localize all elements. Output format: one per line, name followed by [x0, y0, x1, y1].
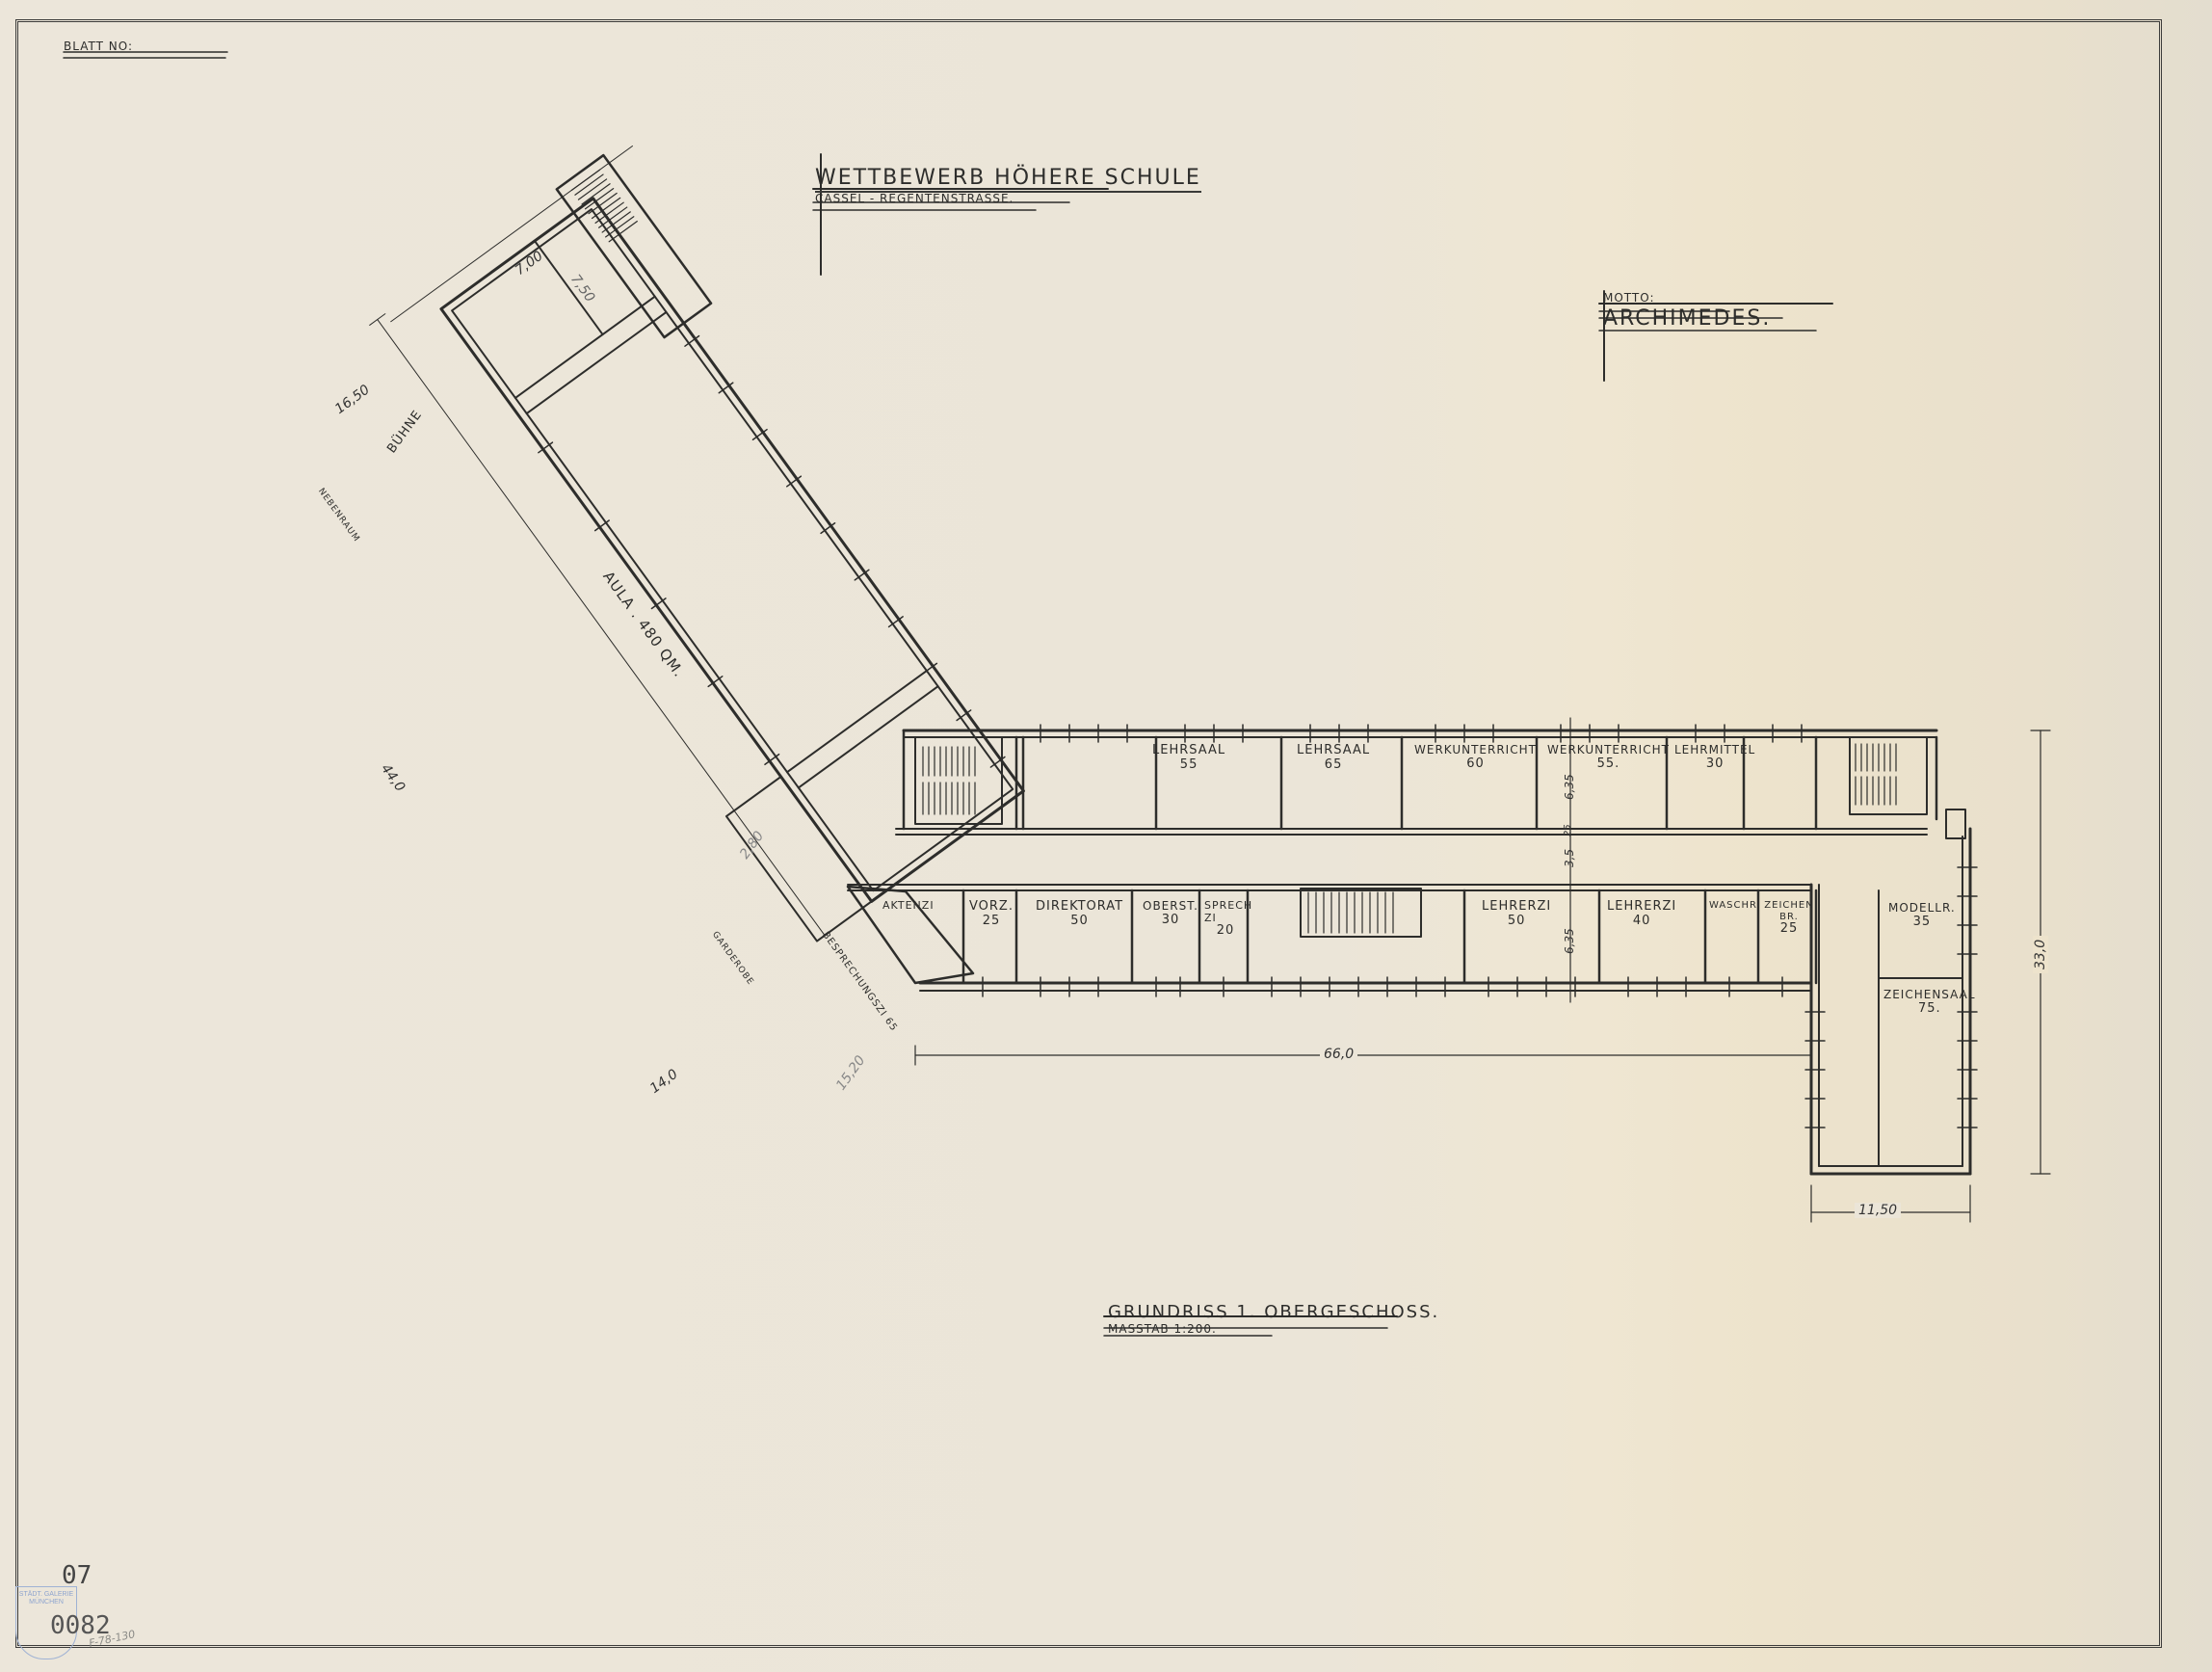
dim-wall-thickness: 25 — [1563, 824, 1573, 836]
room-aktenzimmer: AKTENZI — [882, 900, 935, 913]
room-lehrmittel: LEHRMITTEL30 — [1674, 744, 1755, 772]
dim-room-depth-south: 6,35 — [1563, 928, 1576, 954]
sheet-number-label: BLATT No: — [64, 40, 133, 54]
drawing-sheet: BLATT No: WETTBEWERB HÖHERE SCHULE CASSE… — [0, 0, 2212, 1672]
motto-value: ARCHIMEDES. — [1603, 306, 1771, 331]
room-sprechzimmer: SPRECH ZI20 — [1204, 900, 1247, 939]
floor-plan-drawing — [0, 0, 2212, 1672]
room-werkunterricht-55: WERKUNTERRICHT55. — [1547, 744, 1670, 772]
room-lehrsaal-55: LEHRSAAL55 — [1152, 744, 1225, 773]
room-waschraum: WASCHR. — [1709, 900, 1761, 912]
room-zeichenbedarf: ZEICHEN BR.25 — [1763, 900, 1815, 937]
motto-label: MOTTO: — [1603, 292, 1655, 305]
dim-total-depth: 33,0 — [2033, 936, 2048, 973]
room-oberstudiendirektor: OBERST.30 — [1143, 900, 1198, 928]
dim-corridor-width: 3,5 — [1563, 849, 1576, 867]
room-lehrsaal-65: LEHRSAAL65 — [1297, 744, 1370, 773]
room-lehrerzimmer-40: LEHRERZI40 — [1607, 900, 1676, 929]
room-lehrerzimmer-50: LEHRERZI50 — [1482, 900, 1551, 929]
location-subtitle: CASSEL - REGENTENSTRASSE. — [815, 193, 1014, 206]
dim-room-depth-north: 6,35 — [1563, 774, 1576, 800]
room-werkunterricht-60: WERKUNTERRICHT60 — [1414, 744, 1537, 772]
scale-label: MASSTAB 1:200. — [1108, 1323, 1217, 1337]
room-vorzimmer: VORZ.25 — [969, 900, 1014, 929]
competition-title: WETTBEWERB HÖHERE SCHULE — [815, 166, 1201, 193]
dim-main-length: 66,0 — [1320, 1047, 1357, 1062]
plan-title: GRUNDRISS 1. OBERGESCHOSS. — [1108, 1303, 1439, 1323]
room-direktorat: DIREKTORAT50 — [1036, 900, 1123, 929]
room-modellraum: MODELLR.35 — [1888, 902, 1956, 930]
room-zeichensaal: ZEICHENSAAL75. — [1883, 989, 1976, 1017]
dim-east-width: 11,50 — [1855, 1203, 1901, 1218]
